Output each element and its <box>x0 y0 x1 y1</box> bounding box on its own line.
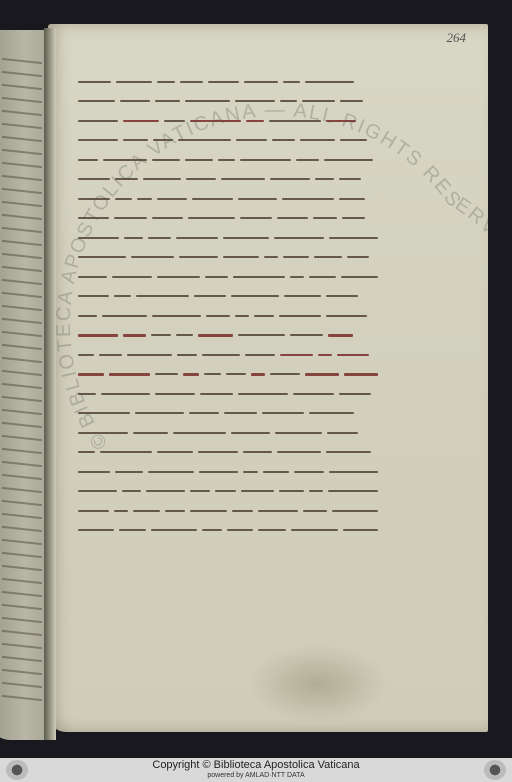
manuscript-line <box>78 111 378 131</box>
manuscript-scan-viewport[interactable]: 264 © BIBLIOTECA APOSTOLICA VATICANA — A… <box>0 0 512 758</box>
manuscript-line <box>78 228 378 248</box>
manuscript-line <box>78 189 378 209</box>
vatican-seal-icon <box>484 760 506 780</box>
left-facing-page <box>0 30 48 740</box>
manuscript-line <box>78 501 378 521</box>
manuscript-line <box>78 92 378 112</box>
manuscript-line <box>78 384 378 404</box>
manuscript-line <box>78 404 378 424</box>
right-page-recto: 264 <box>48 24 488 732</box>
powered-by-text: powered by AMLAD·NTT DATA <box>0 772 512 780</box>
copyright-text: Copyright © Biblioteca Apostolica Vatica… <box>0 758 512 772</box>
manuscript-line <box>78 267 378 287</box>
manuscript-line <box>78 423 378 443</box>
manuscript-line <box>78 248 378 268</box>
manuscript-line <box>78 365 378 385</box>
manuscript-line <box>78 306 378 326</box>
manuscript-line <box>78 170 378 190</box>
manuscript-line <box>78 521 378 541</box>
manuscript-line <box>78 462 378 482</box>
manuscript-line <box>78 72 378 92</box>
copyright-footer: Copyright © Biblioteca Apostolica Vatica… <box>0 758 512 782</box>
manuscript-line <box>78 326 378 346</box>
manuscript-line <box>78 443 378 463</box>
manuscript-line <box>78 287 378 307</box>
book-gutter <box>44 28 56 740</box>
manuscript-line <box>78 345 378 365</box>
folio-number: 264 <box>447 30 467 46</box>
manuscript-line <box>78 209 378 229</box>
water-stain <box>248 644 388 724</box>
manuscript-line <box>78 150 378 170</box>
manuscript-line <box>78 131 378 151</box>
manuscript-text-block <box>78 72 378 540</box>
left-page-text <box>2 60 42 710</box>
manuscript-line <box>78 482 378 502</box>
vatican-seal-icon <box>6 760 28 780</box>
